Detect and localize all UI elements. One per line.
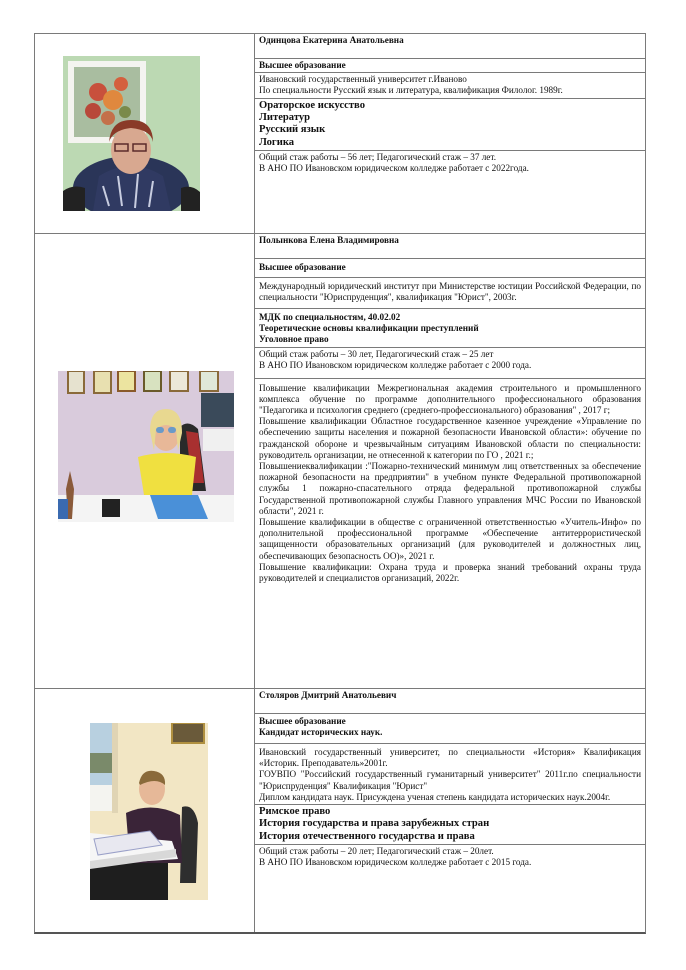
teacher-photo — [63, 56, 200, 211]
experience-line: Общий стаж работы – 56 лет; Педагогическ… — [259, 152, 641, 163]
subject: История отечественного государства и пра… — [259, 831, 641, 843]
subject: Логика — [259, 137, 641, 149]
subject: Уголовное право — [259, 334, 641, 345]
qualification-item: Повышение квалификации Межрегиональная а… — [259, 383, 641, 417]
education-line: По специальности Русский язык и литерату… — [259, 85, 641, 96]
education-line: ГОУВПО "Российский государственный гуман… — [259, 769, 641, 791]
teacher-row: Одинцова Екатерина Анатольевна Высшее об… — [34, 33, 646, 234]
qualification-item: Повышение квалификации: Охрана труда и п… — [259, 562, 641, 584]
teacher-name: Полынкова Елена Владимировна — [254, 234, 645, 259]
subject: Ораторское искусство — [259, 100, 641, 112]
teacher-name: Столяров Дмитрий Анатольевич — [254, 689, 645, 714]
subject: Римское право — [259, 806, 641, 818]
teacher-row: Полынкова Елена Владимировна Высшее обра… — [34, 233, 646, 689]
info-cell: Полынкова Елена Владимировна Высшее обра… — [254, 234, 645, 688]
info-cell: Одинцова Екатерина Анатольевна Высшее об… — [254, 34, 645, 233]
photo-cell — [35, 234, 255, 688]
experience: Общий стаж работы – 30 лет, Педагогическ… — [254, 348, 645, 379]
qualification-item: Повышениеквалификации :"Пожарно-техничес… — [259, 461, 641, 517]
academic-degree: Кандидат исторических наук. — [259, 727, 641, 738]
subject: Теоретические основы квалификации престу… — [259, 323, 641, 334]
subjects: МДК по специальностям, 40.02.02 Теоретич… — [254, 309, 645, 348]
subject: Русский язык — [259, 124, 641, 136]
subject: История государства и права зарубежных с… — [259, 818, 641, 830]
education-title: Высшее образование — [259, 716, 641, 727]
education-line: Ивановский государственный университет, … — [259, 747, 641, 769]
experience-line: В АНО ПО Ивановском юридическом колледже… — [259, 360, 641, 371]
education-heading: Высшее образование — [254, 59, 645, 73]
experience-line: В АНО ПО Ивановском юридическом колледже… — [259, 857, 641, 868]
experience-line: Общий стаж работы – 20 лет; Педагогическ… — [259, 846, 641, 857]
qualification-upgrades: Повышение квалификации Межрегиональная а… — [254, 379, 645, 586]
info-cell: Столяров Дмитрий Анатольевич Высшее обра… — [254, 689, 645, 932]
teacher-row: Столяров Дмитрий Анатольевич Высшее обра… — [34, 688, 646, 934]
qualification-item: Повышение квалификации Областное государ… — [259, 416, 641, 461]
education-line: Диплом кандидата наук. Присуждена ученая… — [259, 792, 641, 803]
education-line: Международный юридический институт при М… — [259, 281, 641, 303]
education-details: Ивановский государственный университет, … — [254, 744, 645, 805]
experience: Общий стаж работы – 56 лет; Педагогическ… — [254, 151, 645, 175]
teacher-photo — [90, 723, 208, 900]
subjects: Ораторское искусство Литератур Русский я… — [254, 99, 645, 152]
photo-cell — [35, 34, 255, 233]
teacher-photo — [58, 371, 234, 522]
teacher-name: Одинцова Екатерина Анатольевна — [254, 34, 645, 59]
education-heading: Высшее образование Кандидат исторических… — [254, 714, 645, 744]
education-details: Ивановский государственный университет г… — [254, 73, 645, 98]
photo-cell — [35, 689, 255, 932]
qualification-item: Повышение квалификации в обществе с огра… — [259, 517, 641, 562]
education-details: Международный юридический институт при М… — [254, 278, 645, 309]
subjects: Римское право История государства и прав… — [254, 805, 645, 845]
experience-line: Общий стаж работы – 30 лет, Педагогическ… — [259, 349, 641, 360]
subject: МДК по специальностям, 40.02.02 — [259, 312, 641, 323]
subject: Литератур — [259, 112, 641, 124]
experience-line: В АНО ПО Ивановском юридическом колледже… — [259, 163, 641, 174]
education-heading: Высшее образование — [254, 259, 645, 278]
education-line: Ивановский государственный университет г… — [259, 74, 641, 85]
experience: Общий стаж работы – 20 лет; Педагогическ… — [254, 845, 645, 869]
